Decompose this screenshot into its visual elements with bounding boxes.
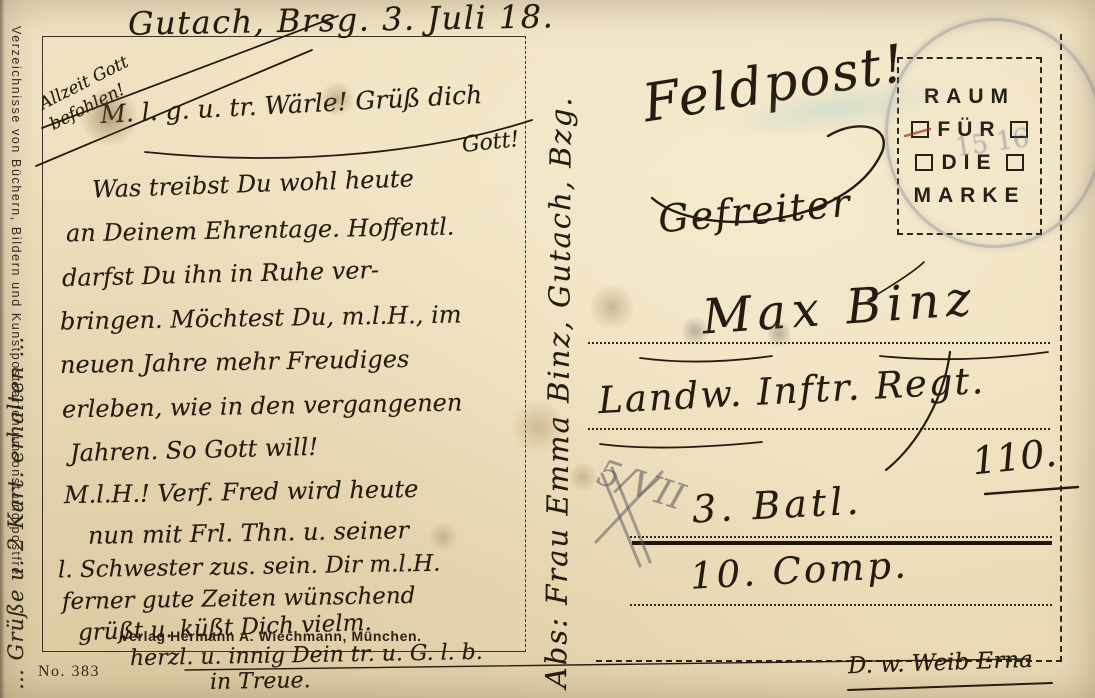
address-line-3 (630, 536, 1052, 538)
address-line-4 (630, 604, 1052, 606)
message-line: nun mit Frl. Thn. u. seiner (88, 518, 409, 548)
message-line: Jahren. So Gott will! (70, 435, 319, 465)
card-number: No. 383 (38, 663, 100, 681)
address-unit: Landw. Inftr. Regt. (597, 362, 986, 419)
ink-stain (590, 282, 634, 332)
message-signoff: D. w. Weib Erna (848, 649, 1034, 678)
message-line: neuen Jahre mehr Freudiges (60, 347, 410, 377)
address-line-1 (588, 342, 1050, 344)
message-salutation-tail: Gott! (461, 129, 520, 157)
address-regiment-number: 110. (970, 434, 1058, 481)
scan-edge (0, 0, 5, 698)
message-line: erleben, wie in den vergangenen (62, 391, 463, 422)
message-line: bringen. Möchtest Du, m.l.H., im (60, 302, 462, 333)
postcard-back: RAUM FÜR DIE MARKE 15 16 Verzeichnisse v… (0, 0, 1095, 698)
address-line-2 (588, 428, 1050, 430)
address-name: Max Binz (701, 274, 979, 341)
feldpost-label: Feldpost! (640, 38, 910, 131)
message-line: M.l.H.! Verf. Fred wird heute (64, 477, 419, 507)
message-line: an Deinem Ehrentage. Hoffentl. (66, 215, 455, 246)
address-battalion: 3. Batl. (691, 482, 863, 529)
message-line: herzl. u. innig Dein tr. u. G. l. b. (130, 642, 483, 670)
address-company: 10. Comp. (689, 546, 909, 594)
message-line: in Treue. (210, 670, 311, 694)
handwritten-dateline: Gutach, Brsg. 3. Juli 18. (128, 0, 555, 39)
heavy-ink-underline (632, 541, 1052, 545)
pencil-date-note: 5/VII (593, 455, 689, 517)
address-rank: Gefreiter (657, 184, 853, 239)
margin-handwriting: … Grüße u. 2 Kart. erhalten … (6, 336, 27, 690)
sender-line-vertical: Abs: Frau Emma Binz, Gutach, Bzg. (542, 95, 576, 688)
